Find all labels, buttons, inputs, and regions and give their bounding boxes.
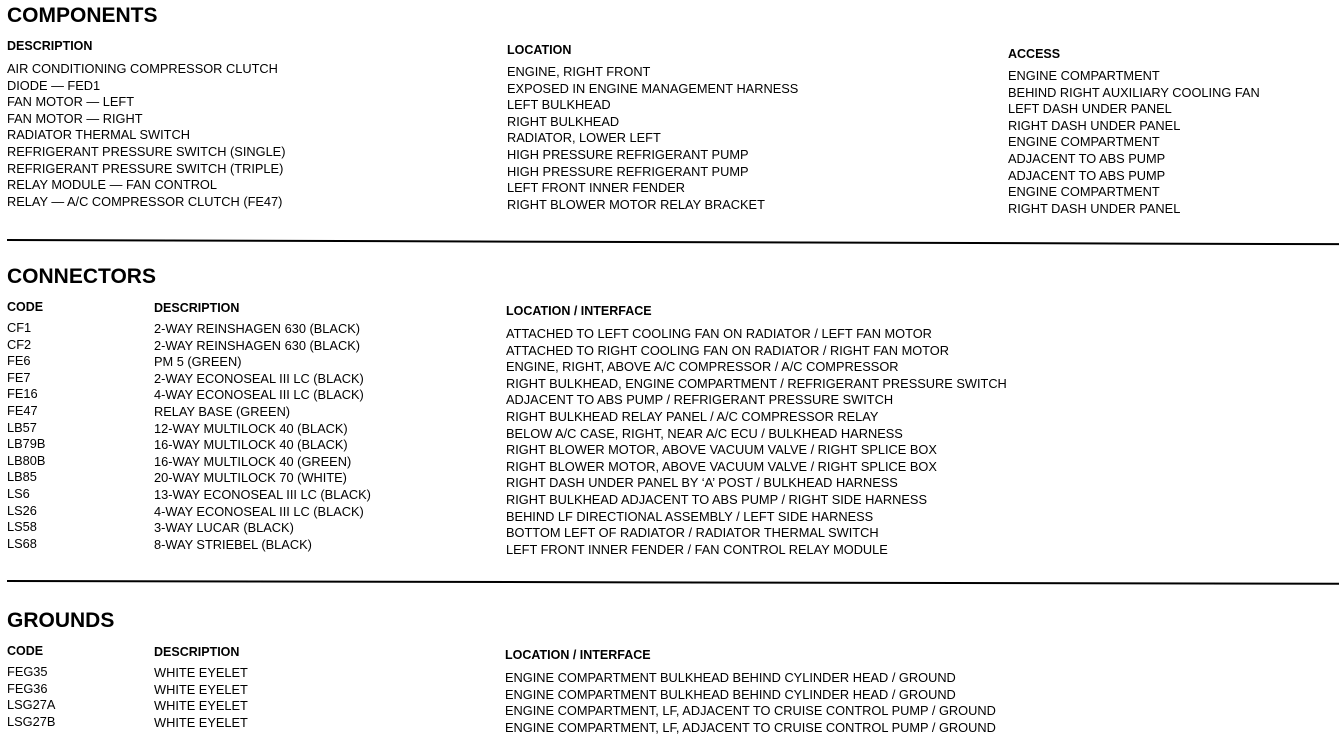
- grounds-header-code: CODE: [7, 644, 43, 658]
- components-description-cell: DIODE — FED1: [7, 78, 285, 95]
- components-access-cell: BEHIND RIGHT AUXILIARY COOLING FAN: [1008, 85, 1260, 102]
- connectors-code-cell: FE6: [7, 353, 45, 370]
- grounds-location-column: ENGINE COMPARTMENT BULKHEAD BEHIND CYLIN…: [505, 670, 996, 736]
- components-description-cell: REFRIGERANT PRESSURE SWITCH (TRIPLE): [7, 161, 285, 178]
- connectors-code-cell: LB79B: [7, 436, 45, 453]
- connectors-description-cell: PM 5 (GREEN): [154, 354, 371, 371]
- connectors-description-cell: 3-WAY LUCAR (BLACK): [154, 520, 371, 537]
- grounds-location-cell: ENGINE COMPARTMENT BULKHEAD BEHIND CYLIN…: [505, 687, 996, 704]
- connectors-description-cell: RELAY BASE (GREEN): [154, 404, 371, 421]
- connectors-location-cell: RIGHT BULKHEAD, ENGINE COMPARTMENT / REF…: [506, 376, 1007, 393]
- connectors-code-cell: FE7: [7, 370, 45, 387]
- connectors-description-cell: 20-WAY MULTILOCK 70 (WHITE): [154, 470, 371, 487]
- components-access-cell: ENGINE COMPARTMENT: [1008, 134, 1260, 151]
- connectors-description-cell: 2-WAY REINSHAGEN 630 (BLACK): [154, 321, 371, 338]
- connectors-description-cell: 4-WAY ECONOSEAL III LC (BLACK): [154, 504, 371, 521]
- components-description-cell: REFRIGERANT PRESSURE SWITCH (SINGLE): [7, 144, 285, 161]
- connectors-location-cell: ATTACHED TO RIGHT COOLING FAN ON RADIATO…: [506, 343, 1007, 360]
- connectors-header-code: CODE: [7, 300, 43, 314]
- components-access-cell: ADJACENT TO ABS PUMP: [1008, 168, 1260, 185]
- connectors-location-cell: RIGHT DASH UNDER PANEL BY ‘A’ POST / BUL…: [506, 475, 1007, 492]
- grounds-code-cell: FEG36: [7, 681, 55, 698]
- connectors-code-cell: FE16: [7, 386, 45, 403]
- components-header-access: ACCESS: [1008, 47, 1060, 61]
- components-location-cell: RIGHT BLOWER MOTOR RELAY BRACKET: [507, 197, 798, 214]
- connectors-code-cell: LS58: [7, 519, 45, 536]
- connectors-description-cell: 12-WAY MULTILOCK 40 (BLACK): [154, 421, 371, 438]
- grounds-code-column: FEG35FEG36LSG27ALSG27B: [7, 664, 55, 730]
- connectors-code-cell: LS6: [7, 486, 45, 503]
- connectors-location-cell: ADJACENT TO ABS PUMP / REFRIGERANT PRESS…: [506, 392, 1007, 409]
- components-description-cell: RADIATOR THERMAL SWITCH: [7, 127, 285, 144]
- connectors-section-title: CONNECTORS: [7, 266, 156, 288]
- connectors-description-cell: 4-WAY ECONOSEAL III LC (BLACK): [154, 387, 371, 404]
- components-location-cell: LEFT BULKHEAD: [507, 97, 798, 114]
- connectors-code-cell: CF1: [7, 320, 45, 337]
- components-access-cell: RIGHT DASH UNDER PANEL: [1008, 118, 1260, 135]
- components-access-cell: ENGINE COMPARTMENT: [1008, 184, 1260, 201]
- components-location-cell: EXPOSED IN ENGINE MANAGEMENT HARNESS: [507, 81, 798, 98]
- connectors-description-cell: 16-WAY MULTILOCK 40 (GREEN): [154, 454, 371, 471]
- components-description-cell: AIR CONDITIONING COMPRESSOR CLUTCH: [7, 61, 285, 78]
- connectors-code-cell: LB57: [7, 420, 45, 437]
- components-access-cell: ENGINE COMPARTMENT: [1008, 68, 1260, 85]
- components-description-cell: FAN MOTOR — LEFT: [7, 94, 285, 111]
- connectors-description-column: 2-WAY REINSHAGEN 630 (BLACK)2-WAY REINSH…: [154, 321, 371, 553]
- components-description-column: AIR CONDITIONING COMPRESSOR CLUTCHDIODE …: [7, 61, 285, 210]
- connectors-description-cell: 2-WAY ECONOSEAL III LC (BLACK): [154, 371, 371, 388]
- connectors-code-cell: LS68: [7, 536, 45, 553]
- connectors-description-cell: 2-WAY REINSHAGEN 630 (BLACK): [154, 338, 371, 355]
- components-header-location: LOCATION: [507, 43, 571, 57]
- grounds-section-title: GROUNDS: [7, 610, 114, 632]
- components-description-cell: RELAY — A/C COMPRESSOR CLUTCH (FE47): [7, 194, 285, 211]
- components-section-title: COMPONENTS: [7, 5, 158, 27]
- connectors-location-cell: BEHIND LF DIRECTIONAL ASSEMBLY / LEFT SI…: [506, 509, 1007, 526]
- section-divider: [7, 239, 1339, 245]
- components-location-cell: HIGH PRESSURE REFRIGERANT PUMP: [507, 147, 798, 164]
- connectors-location-column: ATTACHED TO LEFT COOLING FAN ON RADIATOR…: [506, 326, 1007, 558]
- connectors-header-location: LOCATION / INTERFACE: [506, 304, 652, 318]
- connectors-description-cell: 16-WAY MULTILOCK 40 (BLACK): [154, 437, 371, 454]
- grounds-location-cell: ENGINE COMPARTMENT, LF, ADJACENT TO CRUI…: [505, 703, 996, 720]
- components-access-cell: LEFT DASH UNDER PANEL: [1008, 101, 1260, 118]
- connectors-code-cell: LB80B: [7, 453, 45, 470]
- components-access-cell: ADJACENT TO ABS PUMP: [1008, 151, 1260, 168]
- components-description-cell: FAN MOTOR — RIGHT: [7, 111, 285, 128]
- connectors-code-cell: LB85: [7, 469, 45, 486]
- connectors-location-cell: LEFT FRONT INNER FENDER / FAN CONTROL RE…: [506, 542, 1007, 559]
- connectors-description-cell: 13-WAY ECONOSEAL III LC (BLACK): [154, 487, 371, 504]
- connectors-code-cell: FE47: [7, 403, 45, 420]
- connectors-location-cell: RIGHT BLOWER MOTOR, ABOVE VACUUM VALVE /…: [506, 442, 1007, 459]
- components-location-cell: ENGINE, RIGHT FRONT: [507, 64, 798, 81]
- connectors-location-cell: ATTACHED TO LEFT COOLING FAN ON RADIATOR…: [506, 326, 1007, 343]
- grounds-description-cell: WHITE EYELET: [154, 665, 248, 682]
- section-divider: [7, 580, 1339, 585]
- grounds-header-location: LOCATION / INTERFACE: [505, 648, 651, 662]
- components-description-cell: RELAY MODULE — FAN CONTROL: [7, 177, 285, 194]
- connectors-code-cell: LS26: [7, 503, 45, 520]
- grounds-code-cell: LSG27A: [7, 697, 55, 714]
- grounds-description-cell: WHITE EYELET: [154, 715, 248, 732]
- grounds-header-description: DESCRIPTION: [154, 645, 239, 659]
- components-location-cell: RIGHT BULKHEAD: [507, 114, 798, 131]
- grounds-location-cell: ENGINE COMPARTMENT BULKHEAD BEHIND CYLIN…: [505, 670, 996, 687]
- connectors-location-cell: BOTTOM LEFT OF RADIATOR / RADIATOR THERM…: [506, 525, 1007, 542]
- components-access-column: ENGINE COMPARTMENTBEHIND RIGHT AUXILIARY…: [1008, 68, 1260, 217]
- components-location-column: ENGINE, RIGHT FRONTEXPOSED IN ENGINE MAN…: [507, 64, 798, 213]
- grounds-code-cell: FEG35: [7, 664, 55, 681]
- connectors-code-column: CF1CF2FE6FE7FE16FE47LB57LB79BLB80BLB85LS…: [7, 320, 45, 552]
- grounds-location-cell: ENGINE COMPARTMENT, LF, ADJACENT TO CRUI…: [505, 720, 996, 737]
- connectors-description-cell: 8-WAY STRIEBEL (BLACK): [154, 537, 371, 554]
- connectors-location-cell: RIGHT BULKHEAD RELAY PANEL / A/C COMPRES…: [506, 409, 1007, 426]
- connectors-location-cell: RIGHT BLOWER MOTOR, ABOVE VACUUM VALVE /…: [506, 459, 1007, 476]
- connectors-code-cell: CF2: [7, 337, 45, 354]
- connectors-location-cell: ENGINE, RIGHT, ABOVE A/C COMPRESSOR / A/…: [506, 359, 1007, 376]
- components-header-description: DESCRIPTION: [7, 39, 92, 53]
- components-location-cell: HIGH PRESSURE REFRIGERANT PUMP: [507, 164, 798, 181]
- connectors-header-description: DESCRIPTION: [154, 301, 239, 315]
- grounds-description-cell: WHITE EYELET: [154, 682, 248, 699]
- grounds-code-cell: LSG27B: [7, 714, 55, 731]
- connectors-location-cell: RIGHT BULKHEAD ADJACENT TO ABS PUMP / RI…: [506, 492, 1007, 509]
- components-location-cell: RADIATOR, LOWER LEFT: [507, 130, 798, 147]
- components-access-cell: RIGHT DASH UNDER PANEL: [1008, 201, 1260, 218]
- grounds-description-cell: WHITE EYELET: [154, 698, 248, 715]
- grounds-description-column: WHITE EYELETWHITE EYELETWHITE EYELETWHIT…: [154, 665, 248, 731]
- components-location-cell: LEFT FRONT INNER FENDER: [507, 180, 798, 197]
- connectors-location-cell: BELOW A/C CASE, RIGHT, NEAR A/C ECU / BU…: [506, 426, 1007, 443]
